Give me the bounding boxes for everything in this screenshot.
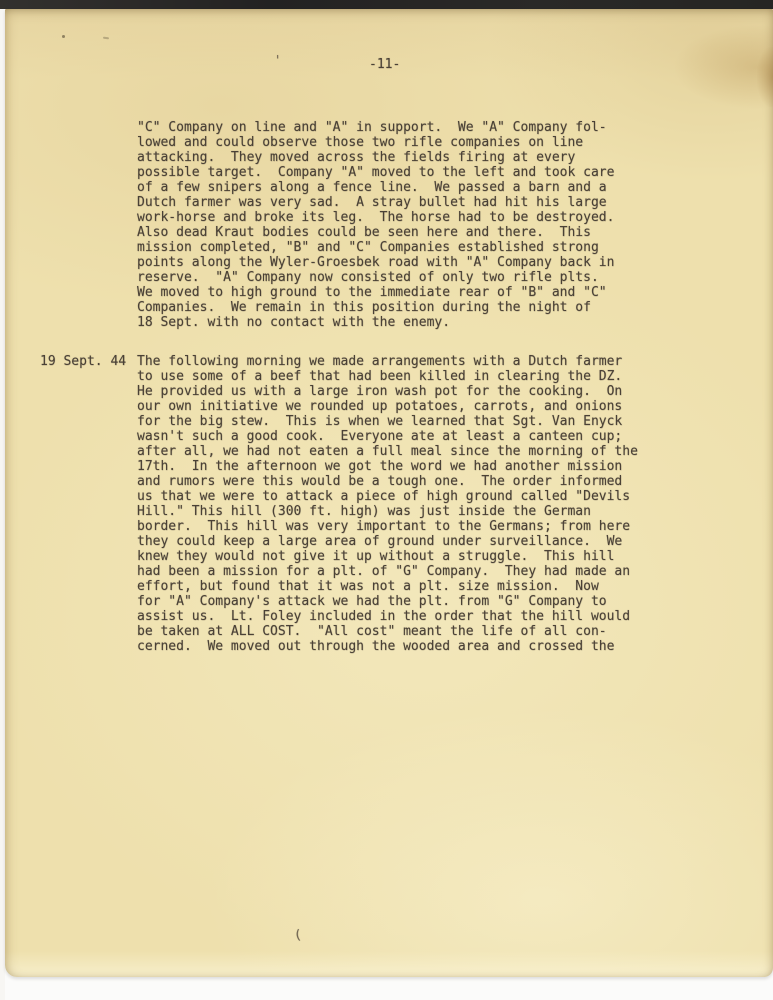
diary-entry: "C" Company on line and "A" in support. … [5, 120, 773, 330]
stray-typed-mark: ( [293, 928, 302, 944]
entry-text: The following morning we made arrangemen… [137, 354, 773, 654]
paper-speck [103, 37, 109, 40]
paper-speck [62, 35, 65, 38]
document-page: ' -11- "C" Company on line and "A" in su… [5, 9, 773, 977]
page-number: -11- [369, 57, 400, 72]
entry-date: 19 Sept. 44 [40, 354, 126, 369]
scanner-edge-strip [0, 0, 773, 9]
paper-stain [757, 47, 773, 107]
entry-text: "C" Company on line and "A" in support. … [137, 120, 773, 330]
diary-entries: "C" Company on line and "A" in support. … [5, 120, 773, 654]
stray-typed-mark: ' [274, 53, 281, 68]
diary-entry: 19 Sept. 44 The following morning we mad… [5, 354, 773, 654]
